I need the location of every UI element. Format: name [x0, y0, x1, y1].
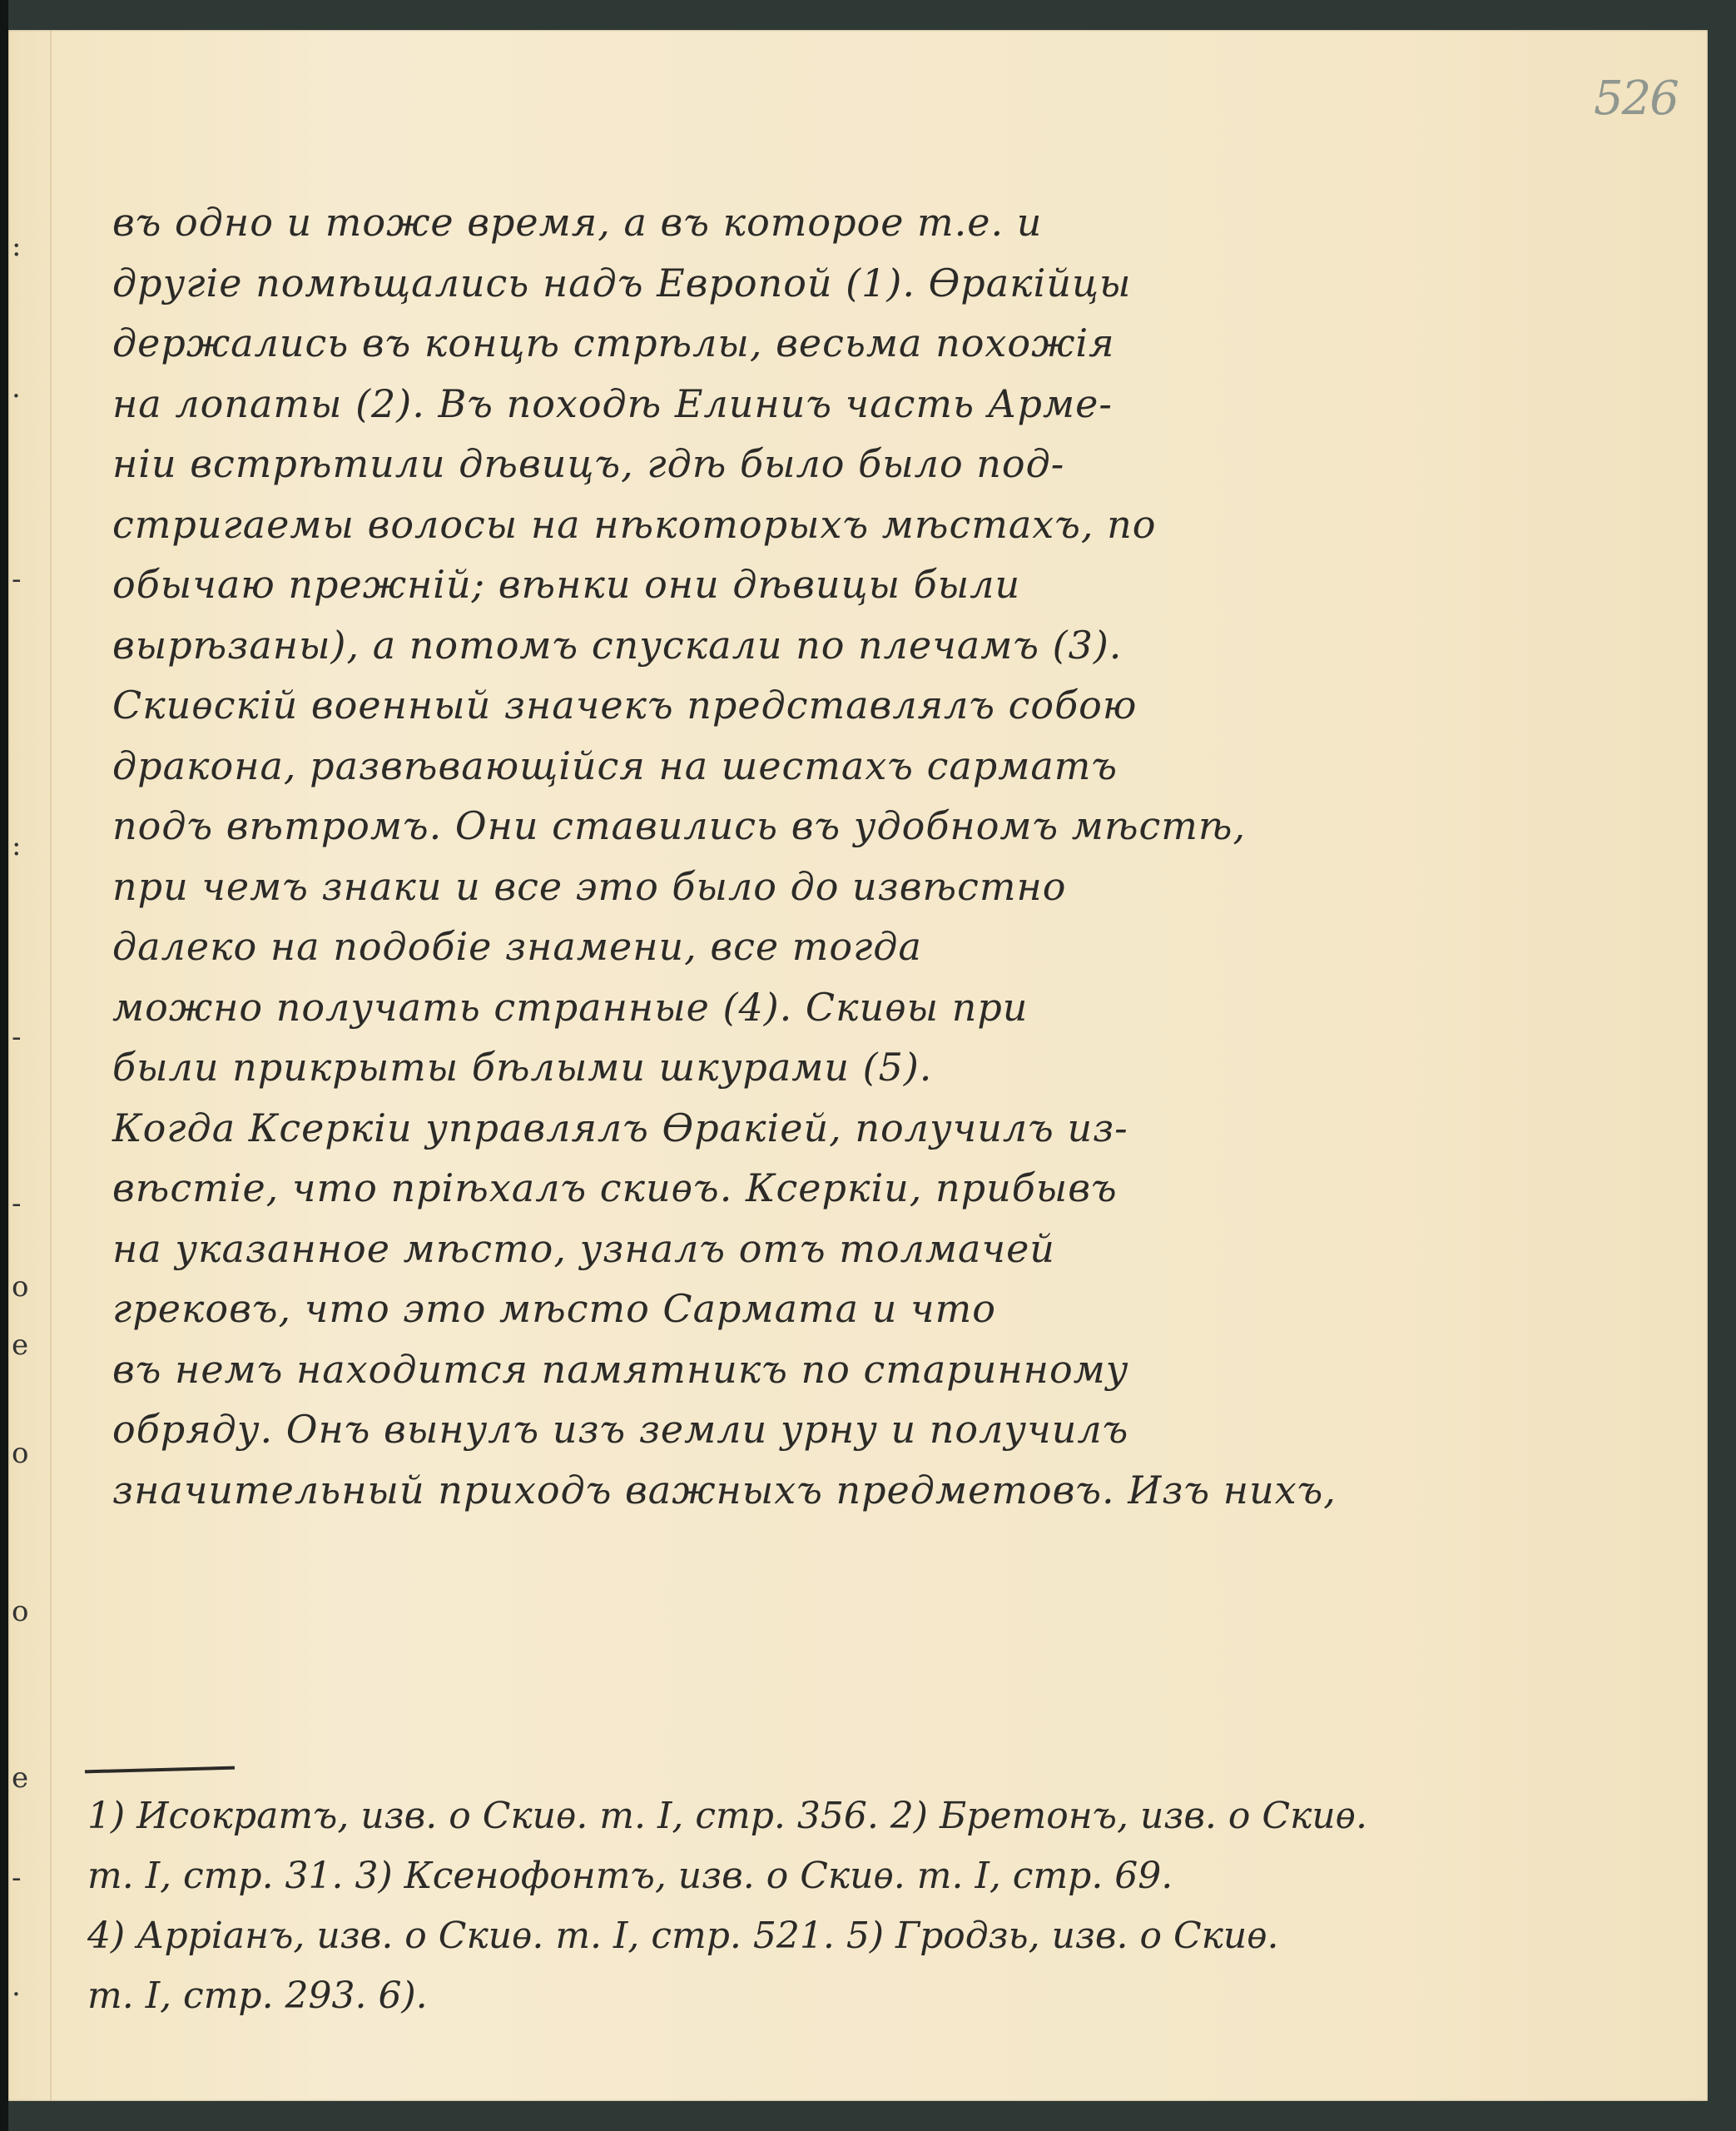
body-line: при чемъ знаки и все это было до извѣстн… — [112, 857, 1677, 917]
body-line: обычаю прежнiй; вѣнки они дѣвицы были — [112, 554, 1677, 615]
margin-mark: o — [12, 1595, 28, 1628]
margin-mark: - — [12, 1187, 22, 1220]
body-line: Когда Ксеркіи управлялъ Ѳракіей, получил… — [112, 1098, 1677, 1159]
body-line: на лопаты (2). Въ походѣ Елиниъ часть Ар… — [112, 374, 1677, 435]
body-line: на указанное мѣсто, узналъ отъ толмачей — [112, 1219, 1677, 1279]
body-line: можно получать странные (4). Скиѳы при — [112, 977, 1677, 1038]
margin-mark: - — [12, 563, 22, 596]
margin-mark: : — [12, 230, 21, 263]
body-line: стригаемы волосы на нѣкоторыхъ мѣстахъ, … — [112, 494, 1677, 555]
scanner-left-edge — [0, 0, 8, 2131]
footnote-separator-rule — [85, 1766, 235, 1774]
body-line: вырѣзаны), а потомъ спускали по плечамъ … — [112, 615, 1677, 676]
body-line: грековъ, что это мѣсто Сармата и что — [112, 1279, 1677, 1339]
body-line: другіе помѣщались надъ Европой (1). Ѳрак… — [112, 253, 1677, 314]
left-margin-bleedthrough: : · - : - - o e o o e - . — [8, 30, 50, 2101]
margin-mark: . — [12, 1970, 21, 2003]
body-line: были прикрыты бѣлыми шкурами (5). — [112, 1037, 1677, 1098]
body-line: въ одно и тоже время, а въ которое т.е. … — [112, 192, 1677, 253]
body-line: въ немъ находится памятникъ по старинном… — [112, 1339, 1677, 1400]
margin-mark: - — [12, 1021, 22, 1054]
body-line: держались въ концѣ стрѣлы, весьма похожі… — [112, 313, 1677, 374]
body-line: Скиѳскій военный значекъ представлялъ со… — [112, 675, 1677, 736]
footnote-line: 4) Арріанъ, изв. о Скиѳ. т. I, стр. 521.… — [87, 1906, 1694, 1966]
footnote-line: т. I, стр. 31. 3) Ксенофонтъ, изв. о Ски… — [87, 1846, 1694, 1906]
manuscript-body: въ одно и тоже время, а въ которое т.е. … — [112, 192, 1677, 1520]
body-line: дракона, развѣвающійся на шестахъ сармат… — [112, 736, 1677, 797]
body-line: вѣстіе, что пріѣхалъ скиѳъ. Ксеркіи, при… — [112, 1158, 1677, 1219]
margin-mark: : — [12, 829, 21, 862]
margin-mark: o — [12, 1270, 28, 1304]
footnote-line: 1) Исократъ, изв. о Скиѳ. т. I, стр. 356… — [87, 1786, 1694, 1846]
page-fold-gutter — [50, 30, 52, 2101]
margin-mark: o — [12, 1437, 28, 1470]
manuscript-page: 526 : · - : - - o e o o e - . въ одно и … — [8, 30, 1708, 2101]
body-line: ніи встрѣтили дѣвицъ, гдѣ было было под- — [112, 434, 1677, 494]
body-line: далеко на подобіе знамени, все тогда — [112, 916, 1677, 977]
body-line: обряду. Онъ вынулъ изъ земли урну и полу… — [112, 1399, 1677, 1460]
margin-mark: e — [12, 1329, 28, 1362]
body-line: подъ вѣтромъ. Они ставились въ удобномъ … — [112, 796, 1677, 857]
margin-mark: - — [12, 1861, 22, 1895]
margin-mark: e — [12, 1761, 28, 1795]
footnote-line: т. I, стр. 293. 6). — [87, 1966, 1694, 2026]
footnotes: 1) Исократъ, изв. о Скиѳ. т. I, стр. 356… — [87, 1786, 1694, 2026]
body-line: значительный приходъ важныхъ предметовъ.… — [112, 1460, 1677, 1521]
folio-number: 526 — [1594, 72, 1678, 126]
margin-mark: · — [12, 380, 21, 413]
